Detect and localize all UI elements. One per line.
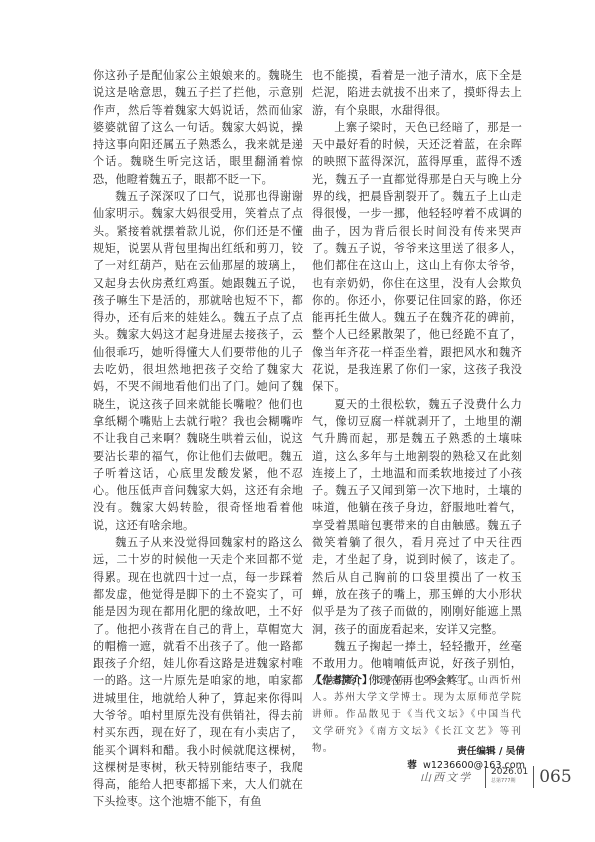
issue-date: 2026.01 — [491, 768, 528, 777]
paragraph: 魏五子从来没觉得回魏家村的路这么远，二十岁的时候他一天走个来回都不觉得累。现在也… — [93, 534, 303, 811]
paragraph: 上寨子梁时，天色已经暗了，那是一天中最好看的时候，天还泛着蓝，在余晖的映照下蓝得… — [312, 119, 522, 396]
footer-divider — [533, 766, 534, 788]
paragraph: 夏天的土很松软，魏五子没费什么力气，像切豆腐一样就剥开了，土地里的潮气升腾而起，… — [312, 396, 522, 638]
issue-total: 总第777期 — [491, 777, 528, 786]
magazine-logo: 山西文学 — [420, 769, 472, 785]
right-text-column: 也不能摸，看着是一池子清水，底下全是烂泥，陷进去就拔不出来了，摸虾得去上游，有个… — [312, 67, 522, 690]
left-text-column: 你这孙子是配仙家公主娘娘来的。魏晓生说这是啥意思，魏五子拦了拦他，示意别作声，然… — [93, 67, 303, 811]
footer-divider — [485, 766, 486, 788]
page-number: 065 — [539, 767, 571, 787]
paragraph: 你这孙子是配仙家公主娘娘来的。魏晓生说这是啥意思，魏五子拦了拦他，示意别作声，然… — [93, 67, 303, 188]
author-bio-label: 【作者简介】 — [312, 675, 372, 686]
paragraph: 魏五子深深叹了口气，说那也得谢谢仙家明示。魏家大妈很受用，笑着点了点头。紧接着就… — [93, 188, 303, 534]
issue-info: 2026.01 总第777期 — [491, 768, 528, 786]
paragraph: 也不能摸，看着是一池子清水，底下全是烂泥，陷进去就拔不出来了，摸虾得去上游，有个… — [312, 67, 522, 119]
page-footer: 山西文学 2026.01 总第777期 065 — [420, 764, 572, 790]
